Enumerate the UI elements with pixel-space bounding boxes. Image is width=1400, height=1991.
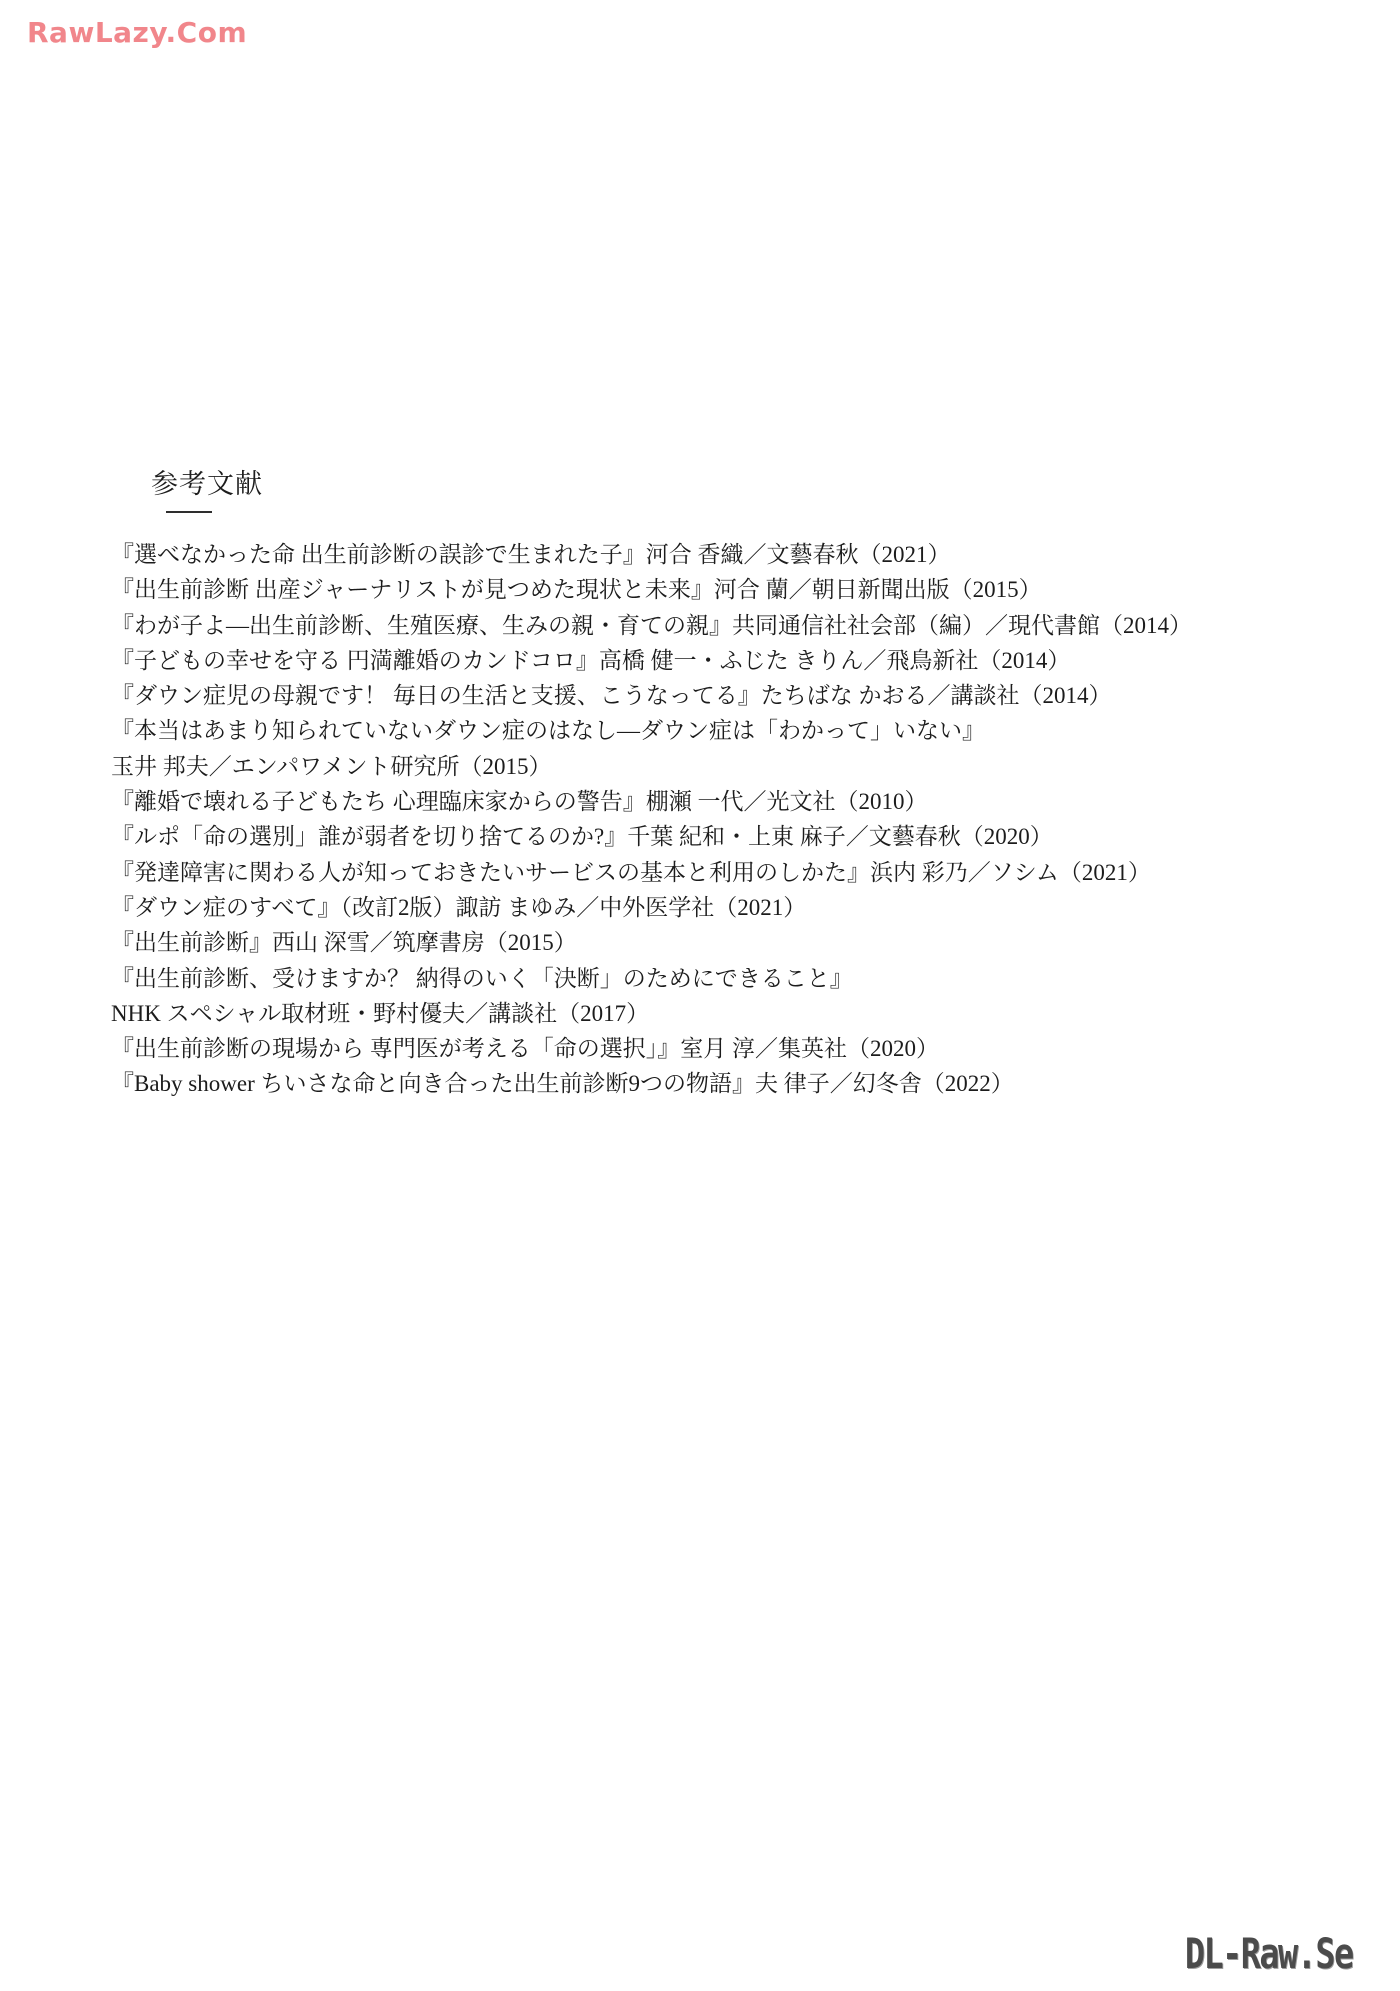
reference-line: 『出生前診断』西山 深雪／筑摩書房（2015） — [111, 925, 1351, 960]
reference-line: 『ダウン症のすべて』（改訂2版）諏訪 まゆみ／中外医学社（2021） — [111, 890, 1351, 925]
reference-line: 『本当はあまり知られていないダウン症のはなし―ダウン症は「わかって」いない』 — [111, 713, 1351, 748]
reference-line: 『出生前診断の現場から 専門医が考える「命の選択」』室月 淳／集英社（2020） — [111, 1031, 1351, 1066]
reference-line: 『Baby shower ちいさな命と向き合った出生前診断9つの物語』夫 律子／… — [111, 1066, 1351, 1101]
reference-line: 玉井 邦夫／エンパワメント研究所（2015） — [111, 749, 1351, 784]
reference-line: 『出生前診断、受けますか？ 納得のいく「決断」のためにできること』 — [111, 961, 1351, 996]
dlraw-watermark: DL-Raw.Se — [1185, 1929, 1353, 1978]
reference-line: 『子どもの幸せを守る 円満離婚のカンドコロ』高橋 健一・ふじた きりん／飛鳥新社… — [111, 643, 1351, 678]
reference-line: 『離婚で壊れる子どもたち 心理臨床家からの警告』棚瀬 一代／光文社（2010） — [111, 784, 1351, 819]
heading-divider — [166, 511, 212, 513]
page-title: 参考文献 — [151, 462, 263, 501]
reference-line: 『出生前診断 出産ジャーナリストが見つめた現状と未来』河合 蘭／朝日新聞出版（2… — [111, 572, 1351, 607]
reference-line: 『わが子よ―出生前診断、生殖医療、生みの親・育ての親』共同通信社社会部（編）／現… — [111, 608, 1351, 643]
reference-line: 『選べなかった命 出生前診断の誤診で生まれた子』河合 香織／文藝春秋（2021） — [111, 537, 1351, 572]
scanned-book-page: RawLazy.Com 参考文献 『選べなかった命 出生前診断の誤診で生まれた子… — [0, 0, 1400, 1991]
bibliography-section: 参考文献 『選べなかった命 出生前診断の誤診で生まれた子』河合 香織／文藝春秋（… — [0, 0, 1400, 1991]
reference-line: 『ダウン症児の母親です！ 毎日の生活と支援、こうなってる』たちばな かおる／講談… — [111, 678, 1351, 713]
reference-line: NHK スペシャル取材班・野村優夫／講談社（2017） — [111, 996, 1351, 1031]
reference-line: 『発達障害に関わる人が知っておきたいサービスの基本と利用のしかた』浜内 彩乃／ソ… — [111, 855, 1351, 890]
reference-list: 『選べなかった命 出生前診断の誤診で生まれた子』河合 香織／文藝春秋（2021）… — [111, 537, 1351, 1102]
reference-line: 『ルポ「命の選別」誰が弱者を切り捨てるのか?』千葉 紀和・上東 麻子／文藝春秋（… — [111, 819, 1351, 854]
